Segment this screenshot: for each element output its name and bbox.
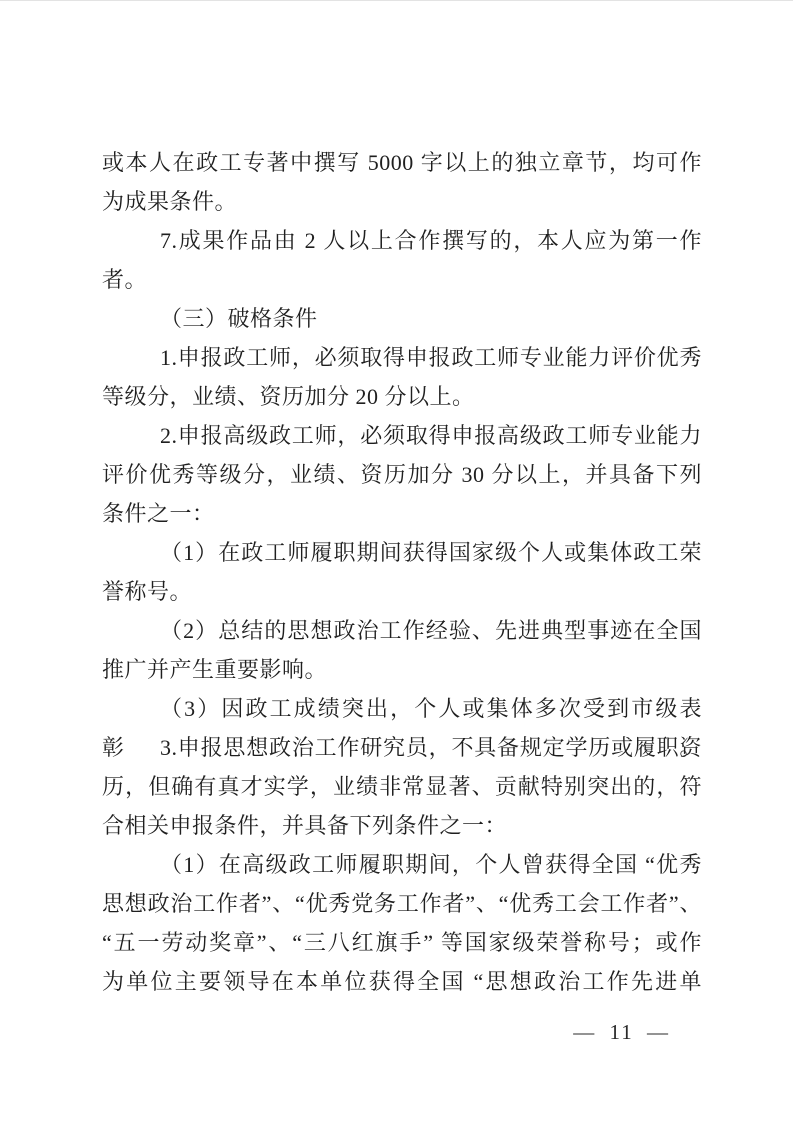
text-line: （2）总结的思想政治工作经验、先进典型事迹在全国	[102, 611, 702, 650]
text-line: 2.申报高级政工师，必须取得申报高级政工师专业能力	[102, 416, 702, 455]
text-line: （三）破格条件	[102, 299, 702, 338]
document-page: 或本人在政工专著中撰写 5000 字以上的独立章节，均可作为成果条件。7.成果作…	[0, 0, 793, 1123]
text-line: 誉称号。	[102, 572, 702, 611]
text-line: （1）在高级政工师履职期间，个人曾获得全国 “优秀	[102, 845, 702, 884]
text-line: （3）因政工成绩突出，个人或集体多次受到市级表彰。	[102, 689, 702, 728]
text-line: 或本人在政工专著中撰写 5000 字以上的独立章节，均可作	[102, 143, 702, 182]
text-line: 历，但确有真才实学，业绩非常显著、贡献特别突出的，符	[102, 767, 702, 806]
text-line: 推广并产生重要影响。	[102, 650, 702, 689]
page-body-text: 或本人在政工专著中撰写 5000 字以上的独立章节，均可作为成果条件。7.成果作…	[102, 143, 702, 1001]
text-line: 合相关申报条件，并具备下列条件之一：	[102, 806, 702, 845]
text-line: 评价优秀等级分，业绩、资历加分 30 分以上，并具备下列	[102, 455, 702, 494]
text-line: 1.申报政工师，必须取得申报政工师专业能力评价优秀	[102, 338, 702, 377]
text-line: 者。	[102, 260, 702, 299]
text-line: 3.申报思想政治工作研究员，不具备规定学历或履职资	[102, 728, 702, 767]
text-line: 思想政治工作者”、“优秀党务工作者”、“优秀工会工作者”、	[102, 884, 702, 923]
text-line: （1）在政工师履职期间获得国家级个人或集体政工荣	[102, 533, 702, 572]
text-line: 条件之一：	[102, 494, 702, 533]
text-line: 等级分，业绩、资历加分 20 分以上。	[102, 377, 702, 416]
page-number: — 11 —	[573, 1017, 670, 1047]
text-line: 7.成果作品由 2 人以上合作撰写的，本人应为第一作	[102, 221, 702, 260]
text-line: 为单位主要领导在本单位获得全国 “思想政治工作先进单	[102, 962, 702, 1001]
text-line: “五一劳动奖章”、“三八红旗手” 等国家级荣誉称号；或作	[102, 923, 702, 962]
text-line: 为成果条件。	[102, 182, 702, 221]
